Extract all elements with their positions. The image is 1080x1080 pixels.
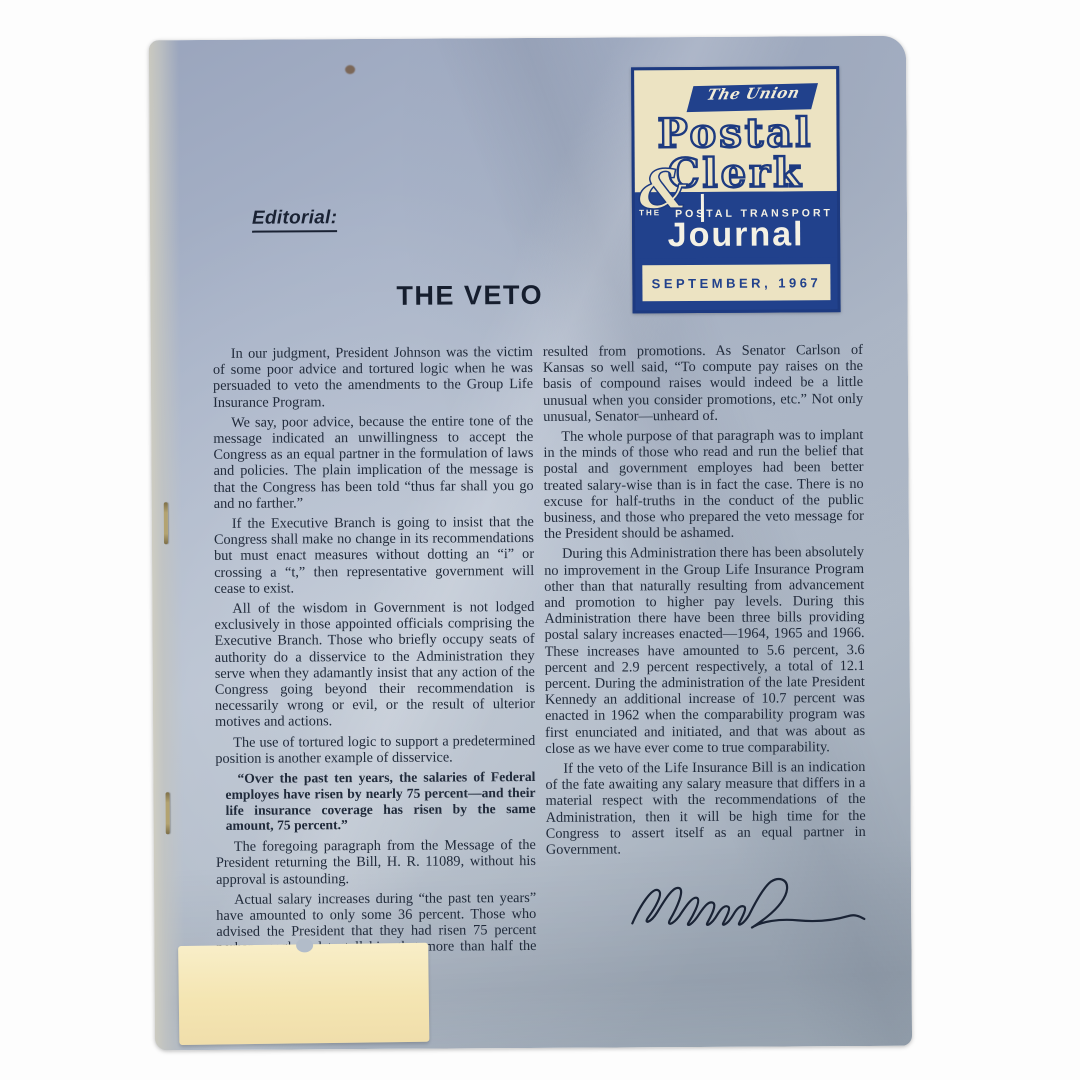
masthead-title-postal: Postal (634, 113, 836, 154)
editorial-kicker: Editorial: (252, 207, 337, 233)
paper-stain (345, 65, 355, 74)
staple-bottom (166, 792, 170, 834)
paragraph: If the Executive Branch is going to insi… (214, 514, 534, 597)
paragraph: The foregoing paragraph from the Message… (216, 837, 536, 888)
paragraph: In our judgment, President Johnson was t… (213, 344, 533, 411)
paragraph: We say, poor advice, because the entire … (213, 413, 534, 512)
paragraph: The whole purpose of that paragraph was … (543, 427, 864, 542)
address-label (178, 943, 429, 1045)
paragraph: All of the wisdom in Government is not l… (214, 599, 535, 731)
paragraph: During this Administration there has bee… (544, 544, 865, 757)
right-column: resulted from promotions. As Senator Car… (543, 342, 866, 862)
signature-handwriting (626, 874, 870, 941)
label-notch (296, 938, 313, 952)
staple-top (164, 502, 168, 544)
article-title: THE VETO (396, 280, 543, 312)
ampersand-ornament: & (639, 162, 688, 216)
union-banner: The Union (687, 83, 818, 112)
magazine-cover-page: The Union Postal Clerk & THE POSTAL TRAN… (149, 36, 912, 1051)
paragraph: resulted from promotions. As Senator Car… (543, 342, 863, 425)
spine-edge (149, 40, 185, 1050)
masthead-logo: The Union Postal Clerk & THE POSTAL TRAN… (631, 66, 840, 313)
paragraph: If the veto of the Life Insurance Bill i… (545, 759, 866, 858)
paragraph: The use of tortured logic to support a p… (215, 733, 535, 767)
blockquote: “Over the past ten years, the salaries o… (215, 769, 535, 834)
photo-background: The Union Postal Clerk & THE POSTAL TRAN… (0, 0, 1080, 1080)
left-column: In our judgment, President Johnson was t… (213, 344, 537, 977)
masthead-date-panel: SEPTEMBER, 1967 (635, 257, 837, 310)
issue-date: SEPTEMBER, 1967 (642, 264, 830, 301)
